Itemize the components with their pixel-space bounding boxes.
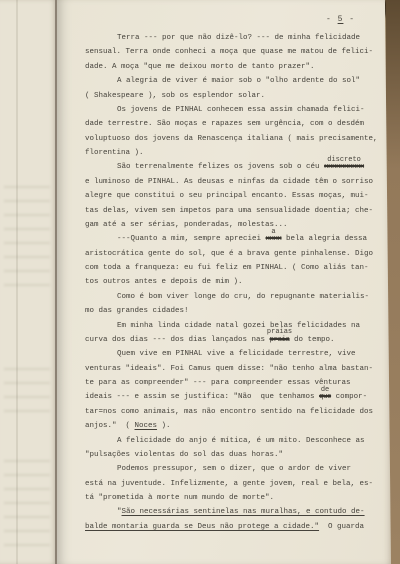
typescript-line: São terrenalmente felizes os jovens sob … (85, 163, 385, 177)
typed-text: Os jovens de PINHAL conhecem essa assim … (117, 106, 365, 114)
typescript-line: curva dos dias --- dos dias lançados nas… (85, 336, 385, 350)
underlined-text: São necessárias sentinelas nas muralhas,… (122, 508, 365, 516)
typescript-line: tas delas, vivem sem impetos para uma se… (85, 207, 385, 221)
correction-group: deque (319, 393, 331, 401)
correction-group: discretoxxxxxxxxxx (324, 163, 364, 171)
typed-text: compor- (331, 393, 367, 401)
typed-correction-above: a (271, 228, 275, 236)
struck-out-word: xxxxxxxxxx (324, 163, 364, 171)
typed-text: aristocrática gente do sol, que é a brav… (85, 250, 373, 258)
typescript-line: alegre que constitui o seu principal enc… (85, 192, 385, 206)
previous-page-edge (0, 0, 57, 564)
typed-text: "pulsações violentas do sol das duas hor… (85, 451, 283, 459)
typescript-line: gam até a ser sérias, ponderadas, molest… (85, 221, 385, 235)
typescript-line: venturas "ideais". Foi Camus quem disse:… (85, 365, 385, 379)
typed-correction-above: de (321, 386, 329, 394)
typescript-line: ideais --- e assim se justifica: "Não qu… (85, 393, 385, 407)
typed-text: tas delas, vivem sem impetos para uma se… (85, 207, 373, 215)
typed-text: alegre que constitui o seu principal enc… (85, 192, 369, 200)
typed-text: te para as compreender" --- para compree… (85, 379, 351, 387)
typed-text: ( Shakespeare ), sob os esplendor solar. (85, 92, 265, 100)
typed-text: Como é bom viver longe do cru, do repugn… (117, 293, 369, 301)
typescript-line: sensual. Terra onde conheci a moça que q… (85, 48, 385, 62)
typed-text: gam até a ser sérias, ponderadas, molest… (85, 221, 288, 229)
typescript-line: te para as compreender" --- para compree… (85, 379, 385, 393)
typed-text: do tempo. (290, 336, 335, 344)
typed-text: e luminoso de PINHAL. As deusas e ninfas… (85, 178, 373, 186)
typed-text: ideais --- e assim se justifica: "Não qu… (85, 393, 319, 401)
typescript-line: A felicidade do anjo é mítica, é um mito… (85, 437, 385, 451)
typescript-line: aristocrática gente do sol, que é a brav… (85, 250, 385, 264)
typed-text: dade terrestre. São moças e rapazes sem … (85, 120, 364, 128)
typescript-line: voluptuoso dos jovens da Renascença ital… (85, 135, 385, 149)
typed-text: ). (157, 422, 171, 430)
page-number-prefix: - (326, 15, 338, 24)
typed-correction-above: praias (267, 328, 292, 336)
typescript-line: com toda a franqueza: eu fui feliz em PI… (85, 264, 385, 278)
typed-text: curva dos dias --- dos dias lançados nas (85, 336, 270, 344)
typescript-line: Podemos pressupor, sem o dizer, que o ar… (85, 465, 385, 479)
typescript-line: "São necessárias sentinelas nas muralhas… (85, 508, 385, 522)
page-number: - 5 - (326, 15, 355, 24)
typed-text: São terrenalmente felizes os jovens sob … (117, 163, 324, 171)
typescript-line: Os jovens de PINHAL conhecem essa assim … (85, 106, 385, 120)
typescript-line: mo das grandes cidades! (85, 307, 385, 321)
underlined-text: balde montaria guarda se Deus não proteg… (85, 523, 319, 531)
typescript-line: ---Quanto a mim, sempre apreciei axxxx b… (85, 235, 385, 249)
typed-text: Podemos pressupor, sem o dizer, que o ar… (117, 465, 351, 473)
typescript-line: anjos." ( Noces ). (85, 422, 385, 436)
typescript-line: balde montaria guarda se Deus não proteg… (85, 523, 385, 537)
typed-text: ---Quanto a mim, sempre apreciei (117, 235, 266, 243)
typed-text: O guarda (319, 523, 364, 531)
typescript-line: Como é bom viver longe do cru, do repugn… (85, 293, 385, 307)
correction-group: praiaspraia (270, 336, 290, 344)
typed-correction-above: discreto (327, 156, 361, 164)
typed-text: sensual. Terra onde conheci a moça que q… (85, 48, 373, 56)
typescript-line: Quem vive em PINHAL vive a felicidade te… (85, 350, 385, 364)
typed-text: mo das grandes cidades! (85, 307, 189, 315)
typescript-line: dade. A moça "que me deixou morto de tan… (85, 63, 385, 77)
typed-text: Quem vive em PINHAL vive a felicidade te… (117, 350, 356, 358)
typed-text: Terra --- por que não dizê-lo? --- de mi… (117, 34, 360, 42)
typed-text: bela alegria dessa (282, 235, 368, 243)
typed-text: voluptuoso dos jovens da Renascença ital… (85, 135, 378, 143)
page-number-suffix: - (343, 15, 355, 24)
typescript-line: A alegria de viver é maior sob o "olho a… (85, 77, 385, 91)
correction-group: axxxx (266, 235, 282, 243)
scanned-typescript-page: { "colors":{ "paper":"#ebe5d6", "ink":"#… (0, 0, 400, 564)
typescript-line: está na juventude. Infelizmente, a gente… (85, 480, 385, 494)
typescript-line: e luminoso de PINHAL. As deusas e ninfas… (85, 178, 385, 192)
typescript-line: "pulsações violentas do sol das duas hor… (85, 451, 385, 465)
typescript-line: dade terrestre. São moças e rapazes sem … (85, 120, 385, 134)
underlined-text: Noces (135, 422, 158, 430)
showthrough-text (4, 452, 50, 556)
struck-out-word: praia (270, 336, 290, 344)
typescript-line: Em minha linda cidade natal gozei belas … (85, 322, 385, 336)
typed-text: Em minha linda cidade natal gozei belas … (117, 322, 360, 330)
typescript-line: ( Shakespeare ), sob os esplendor solar. (85, 92, 385, 106)
typescript-line: tar=nos como animais, mas não encontro s… (85, 408, 385, 422)
showthrough-text (4, 360, 50, 420)
typed-text: anjos." ( (85, 422, 135, 430)
typed-text: está na juventude. Infelizmente, a gente… (85, 480, 373, 488)
typed-text: A alegria de viver é maior sob o "olho a… (117, 77, 360, 85)
typed-text: com toda a franqueza: eu fui feliz em PI… (85, 264, 369, 272)
typed-text: dade. A moça "que me deixou morto de tan… (85, 63, 315, 71)
typed-text: A felicidade do anjo é mítica, é um mito… (117, 437, 365, 445)
typescript-line: tá "prometida à morte num mundo de morte… (85, 494, 385, 508)
typed-text: tos outros antes e depois de mim ). (85, 278, 243, 286)
typed-text: florentina ). (85, 149, 144, 157)
struck-out-word: xxxx (266, 235, 282, 243)
typescript-line: tos outros antes e depois de mim ). (85, 278, 385, 292)
struck-out-word: que (319, 393, 331, 401)
typed-text: tar=nos como animais, mas não encontro s… (85, 408, 373, 416)
typed-text: venturas "ideais". Foi Camus quem disse:… (85, 365, 373, 373)
showthrough-text (4, 178, 50, 298)
typed-text: tá "prometida à morte num mundo de morte… (85, 494, 274, 502)
typescript-line: Terra --- por que não dizê-lo? --- de mi… (85, 34, 385, 48)
typescript-body: Terra --- por que não dizê-lo? --- de mi… (85, 34, 385, 537)
